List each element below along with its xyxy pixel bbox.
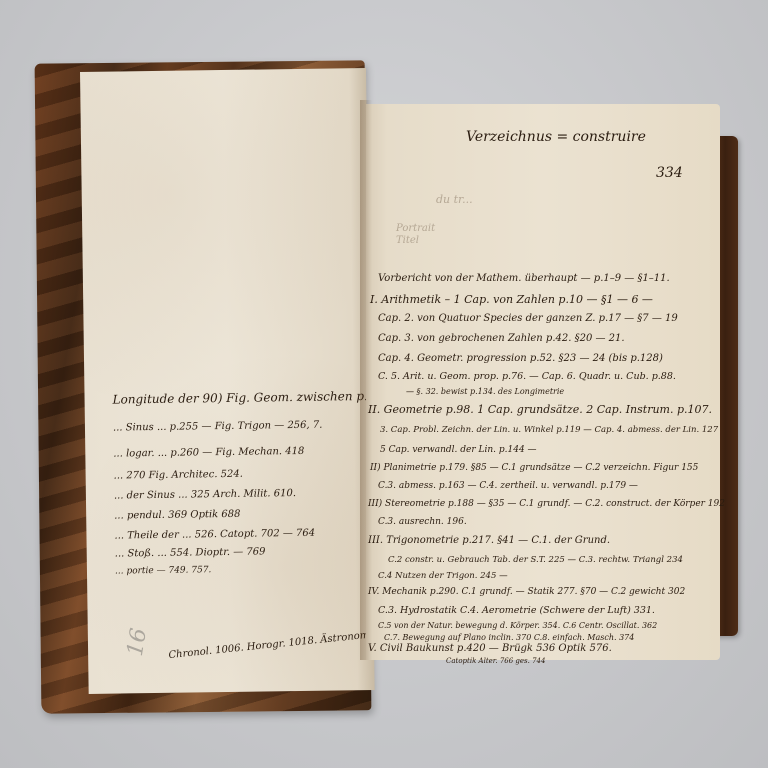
left-page: Longitude der 90) Fig. Geom. zwischen p.… [80,68,375,694]
pencil-mark: 16 [125,627,151,658]
left-line-4: ... 270 Fig. Architec. 524. [114,470,243,482]
right-page: Verzeichnus = construire 334 du tr... Po… [366,104,720,660]
toc-line-10: 5 Cap. verwandl. der Lin. p.144 — [380,446,537,455]
toc-line-20: C.5 von der Natur. bewegung d. Körper. 3… [378,622,657,630]
toc-line-5: Cap. 4. Geometr. progression p.52. §23 —… [378,354,663,364]
toc-line-15: III. Trigonometrie p.217. §41 — C.1. der… [368,536,610,546]
toc-line-17: C.4 Nutzen der Trigon. 245 — [378,572,508,581]
faint-line-2: Portrait [396,224,435,234]
toc-line-4: Cap. 3. von gebrochenen Zahlen p.42. §20… [378,334,625,344]
left-line-8: ... Stoß. ... 554. Dioptr. — 769 [115,547,266,559]
faint-line-3: Titel [396,236,419,246]
left-line-5: ... der Sinus ... 325 Arch. Milit. 610. [114,489,296,502]
left-line-6: ... pendul. 369 Optik 688 [114,510,240,522]
toc-line-22: V. Civil Baukunst p.420 — Brügk 536 Opti… [368,644,612,654]
faint-line-1: du tr... [436,194,473,205]
toc-line-19: C.3. Hydrostatik C.4. Aerometrie (Schwer… [378,606,655,616]
toc-line-1: Vorbericht von der Mathem. überhaupt — p… [378,274,670,284]
left-line-7: ... Theile der ... 526. Catopt. 702 — 76… [114,529,315,542]
toc-line-18: IV. Mechanik p.290. C.1 grundf. — Statik… [368,588,685,597]
left-line-2: ... Sinus ... p.255 — Fig. Trigon — 256,… [113,421,323,434]
toc-line-23: Catoptik Alter. 766 ges. 744 [446,658,545,665]
toc-title: Verzeichnus = construire [466,130,646,144]
toc-line-2: I. Arithmetik – 1 Cap. von Zahlen p.10 —… [370,294,653,305]
left-line-3: ... logar. ... p.260 — Fig. Mechan. 418 [113,447,304,460]
toc-line-16: C.2 constr. u. Gebrauch Tab. der S.T. 22… [388,556,683,565]
toc-line-9: 3. Cap. Probl. Zeichn. der Lin. u. Winke… [380,426,718,435]
toc-line-6: C. 5. Arit. u. Geom. prop. p.76. — Cap. … [378,372,676,382]
book-gutter [360,100,372,660]
toc-line-13: III) Stereometrie p.188 — §35 — C.1 grun… [368,500,725,509]
left-line-9: ... portie — 749. 757. [115,566,212,576]
toc-line-3: Cap. 2. von Quatuor Species der ganzen Z… [378,314,678,324]
toc-line-11: II) Planimetrie p.179. §85 — C.1 grundsä… [370,464,698,473]
toc-line-14: C.3. ausrechn. 196. [378,518,467,527]
toc-line-21: C.7. Bewegung auf Plano inclin. 370 C.8.… [384,634,634,642]
toc-line-12: C.3. abmess. p.163 — C.4. zertheil. u. v… [378,482,638,491]
toc-line-7: — §. 32. bewist p.134. des Longimetrie [406,388,564,396]
page-number: 334 [656,166,683,180]
toc-line-8: II. Geometrie p.98. 1 Cap. grundsätze. 2… [368,404,712,415]
